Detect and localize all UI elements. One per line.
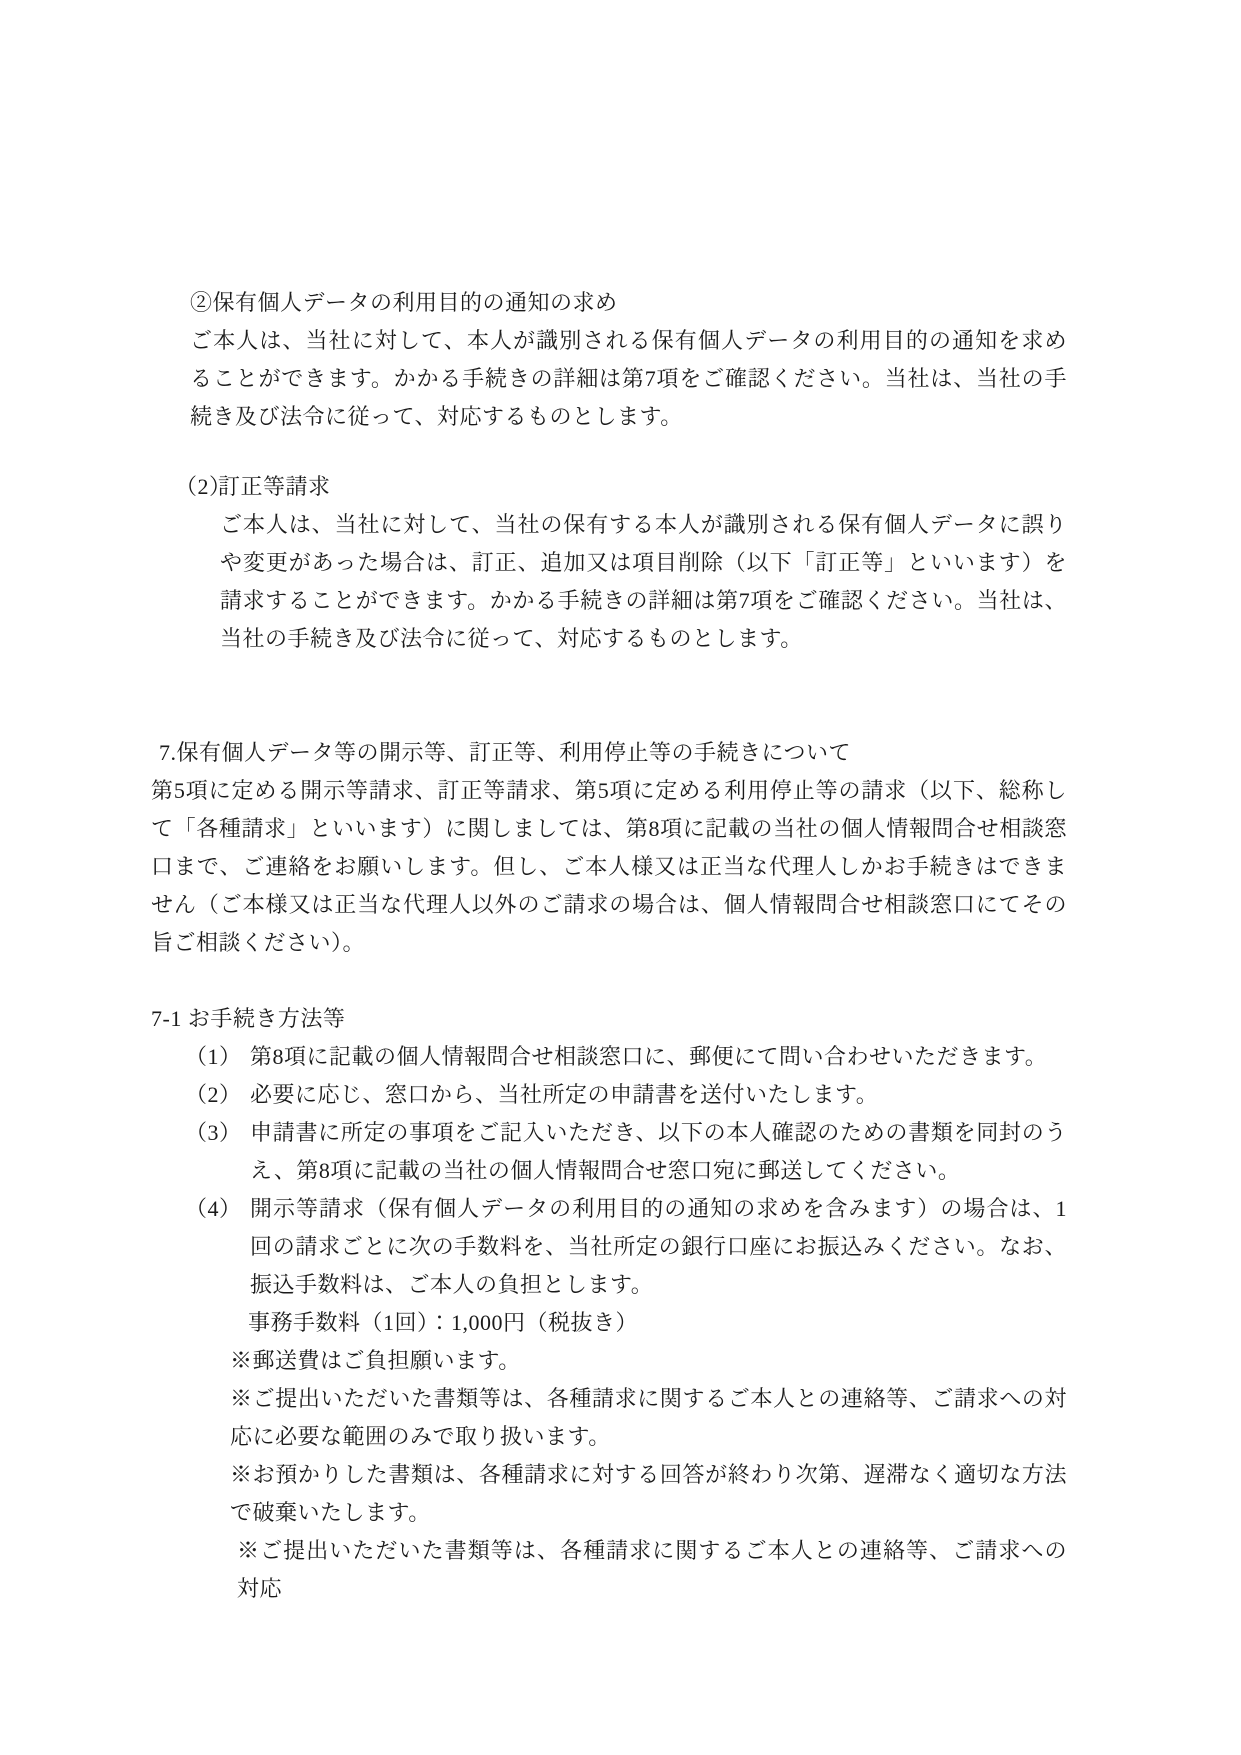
procedure-step-4-text: 開示等請求（保有個人データの利用目的の通知の求めを含みます）の場合は、1回の請求… xyxy=(250,1190,1067,1304)
use-purpose-notice-heading: ②保有個人データの利用目的の通知の求め xyxy=(190,284,1067,322)
correction-request-marker: （2） xyxy=(175,468,218,506)
use-purpose-notice-body: ご本人は、当社に対して、本人が識別される保有個人データの利用目的の通知を求めるこ… xyxy=(190,322,1067,436)
note-documents-usage: ※ご提出いただいた書類等は、各種請求に関するご本人との連絡等、ご請求への対応に必… xyxy=(230,1380,1067,1456)
procedure-step-1: （1） 第8項に記載の個人情報問合せ相談窓口に、郵便にて問い合わせいただきます。 xyxy=(185,1038,1067,1076)
procedure-steps-list: （1） 第8項に記載の個人情報問合せ相談窓口に、郵便にて問い合わせいただきます。… xyxy=(151,1038,1067,1304)
correction-request-body: ご本人は、当社に対して、当社の保有する本人が識別される保有個人データに誤りや変更… xyxy=(220,506,1067,658)
procedure-step-1-marker: （1） xyxy=(185,1038,250,1076)
section-use-purpose-notice: ②保有個人データの利用目的の通知の求め ご本人は、当社に対して、本人が識別される… xyxy=(190,284,1067,436)
notes-list: ※郵送費はご負担願います。 ※ご提出いただいた書類等は、各種請求に関するご本人と… xyxy=(151,1342,1067,1608)
procedure-step-2-marker: （2） xyxy=(185,1076,250,1114)
section-7: 7.保有個人データ等の開示等、訂正等、利用停止等の手続きについて 第5項に定める… xyxy=(151,734,1067,962)
section-correction-request: （2） 訂正等請求 ご本人は、当社に対して、当社の保有する本人が識別される保有個… xyxy=(151,468,1067,658)
section-7-1: 7-1 お手続き方法等 （1） 第8項に記載の個人情報問合せ相談窓口に、郵便にて… xyxy=(151,1000,1067,1608)
correction-request-heading: （2） 訂正等請求 xyxy=(175,468,1067,506)
procedure-step-3-text: 申請書に所定の事項をご記入いただき、以下の本人確認のための書類を同封のうえ、第8… xyxy=(250,1114,1067,1190)
fee-line: 事務手数料（1回）：1,000円（税抜き） xyxy=(248,1304,1067,1342)
note-documents-disposal: ※お預かりした書類は、各種請求に対する回答が終わり次第、遅滞なく適切な方法で破棄… xyxy=(230,1456,1067,1532)
procedure-step-1-text: 第8項に記載の個人情報問合せ相談窓口に、郵便にて問い合わせいただきます。 xyxy=(250,1038,1067,1076)
procedure-step-3-marker: （3） xyxy=(185,1114,250,1190)
section-7-body: 第5項に定める開示等請求、訂正等請求、第5項に定める利用停止等の請求（以下、総称… xyxy=(151,772,1067,962)
procedure-step-2-text: 必要に応じ、窓口から、当社所定の申請書を送付いたします。 xyxy=(250,1076,1067,1114)
procedure-step-3: （3） 申請書に所定の事項をご記入いただき、以下の本人確認のための書類を同封のう… xyxy=(185,1114,1067,1190)
document-page: ②保有個人データの利用目的の通知の求め ご本人は、当社に対して、本人が識別される… xyxy=(0,0,1241,1755)
correction-request-title: 訂正等請求 xyxy=(218,468,331,506)
procedure-step-2: （2） 必要に応じ、窓口から、当社所定の申請書を送付いたします。 xyxy=(185,1076,1067,1114)
note-postage: ※郵送費はご負担願います。 xyxy=(230,1342,1067,1380)
section-7-heading: 7.保有個人データ等の開示等、訂正等、利用停止等の手続きについて xyxy=(159,734,1067,772)
section-7-1-heading: 7-1 お手続き方法等 xyxy=(151,1000,1067,1038)
procedure-step-4-marker: （4） xyxy=(185,1190,250,1304)
note-documents-usage-repeat: ※ご提出いただいた書類等は、各種請求に関するご本人との連絡等、ご請求への対応 xyxy=(237,1532,1067,1608)
procedure-step-4: （4） 開示等請求（保有個人データの利用目的の通知の求めを含みます）の場合は、1… xyxy=(185,1190,1067,1304)
